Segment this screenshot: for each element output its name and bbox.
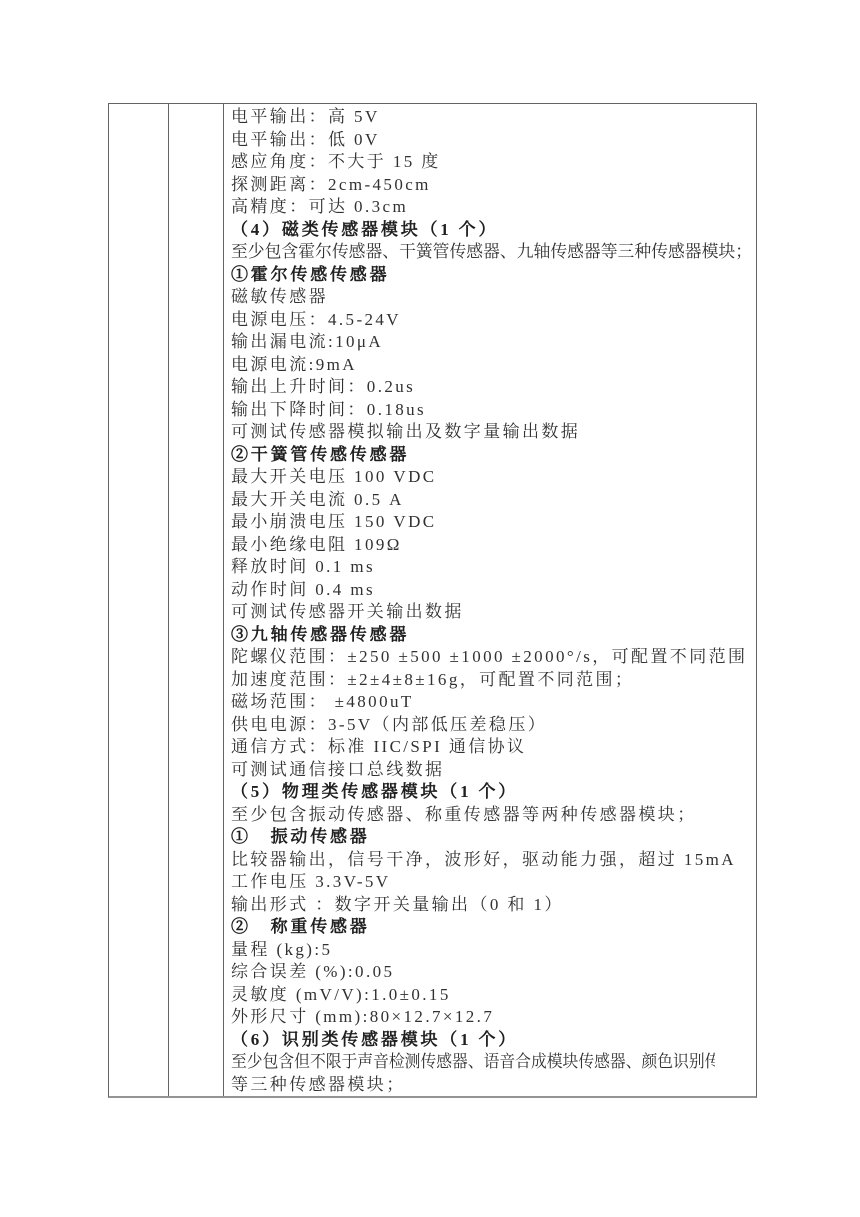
spec-heading-line: ②干簧管传感传感器 [231,444,752,467]
spec-line: 量程 (kg):5 [231,939,752,962]
spec-heading-line: （6）识别类传感器模块（1 个） [231,1029,752,1052]
spec-heading-line: （4）磁类传感器模块（1 个） [231,219,752,242]
spec-line: 释放时间 0.1 ms [231,556,752,579]
spec-line: 最小绝缘电阻 109Ω [231,534,752,557]
spec-line: 供电电源：3-5V（内部低压差稳压） [231,714,752,737]
spec-line: 输出漏电流:10μA [231,331,752,354]
spec-heading-line: ③九轴传感器传感器 [231,624,752,647]
spec-line: 可测试传感器模拟输出及数字量输出数据 [231,421,752,444]
spec-line: 通信方式：标准 IIC/SPI 通信协议 [231,736,752,759]
spec-line: 动作时间 0.4 ms [231,579,752,602]
spec-line: 陀螺仪范围：±250 ±500 ±1000 ±2000°/s，可配置不同范围 [231,646,752,669]
spec-line: 感应角度：不大于 15 度 [231,151,752,174]
spec-line: 可测试通信接口总线数据 [231,759,752,782]
spec-line: 比较器输出，信号干净，波形好，驱动能力强，超过 15mA [231,849,752,872]
spec-line: 磁敏传感器 [231,286,752,309]
spec-heading-line: （5）物理类传感器模块（1 个） [231,781,752,804]
spec-line: 外形尺寸 (mm):80×12.7×12.7 [231,1006,752,1029]
spec-line: 电平输出：低 0V [231,129,752,152]
table-column-left-empty [109,104,169,1096]
spec-line: 加速度范围：±2±4±8±16g，可配置不同范围； [231,669,752,692]
spec-line: 电源电流:9mA [231,354,752,377]
spec-line: 至少包含霍尔传感器、干簧管传感器、九轴传感器等三种传感器模块； [231,241,746,264]
spec-content-cell: 电平输出：高 5V电平输出：低 0V感应角度：不大于 15 度探测距离：2cm-… [224,104,756,1096]
spec-line: 输出上升时间：0.2us [231,376,752,399]
spec-line: 磁场范围： ±4800uT [231,691,752,714]
spec-line: 工作电压 3.3V-5V [231,871,752,894]
spec-line: 输出形式 ：数字开关量输出（0 和 1） [231,894,752,917]
spec-line: 探测距离：2cm-450cm [231,174,752,197]
spec-line: 最大开关电流 0.5 A [231,489,752,512]
spec-line: 等三种传感器模块； [231,1074,752,1097]
table-column-mid-empty [169,104,224,1096]
spec-line: 输出下降时间：0.18us [231,399,752,422]
spec-line: 可测试传感器开关输出数据 [231,601,752,624]
spec-line: 灵敏度 (mV/V):1.0±0.15 [231,984,752,1007]
spec-line: 至少包含振动传感器、称重传感器等两种传感器模块； [231,804,752,827]
spec-line: 高精度：可达 0.3cm [231,196,752,219]
spec-heading-line: ①霍尔传感传感器 [231,264,752,287]
spec-line: 最大开关电压 100 VDC [231,466,752,489]
spec-heading-line: ① 振动传感器 [231,826,752,849]
spec-line: 电平输出：高 5V [231,106,752,129]
spec-line: 电源电压：4.5-24V [231,309,752,332]
spec-line: 综合误差 (%):0.05 [231,961,752,984]
spec-line: 最小崩溃电压 150 VDC [231,511,752,534]
spec-heading-line: ② 称重传感器 [231,916,752,939]
document-page: 电平输出：高 5V电平输出：低 0V感应角度：不大于 15 度探测距离：2cm-… [0,0,860,1217]
spec-line: 至少包含但不限于声音检测传感器、语音合成模块传感器、颜色识别传感器 [231,1051,715,1074]
spec-table: 电平输出：高 5V电平输出：低 0V感应角度：不大于 15 度探测距离：2cm-… [108,103,757,1098]
